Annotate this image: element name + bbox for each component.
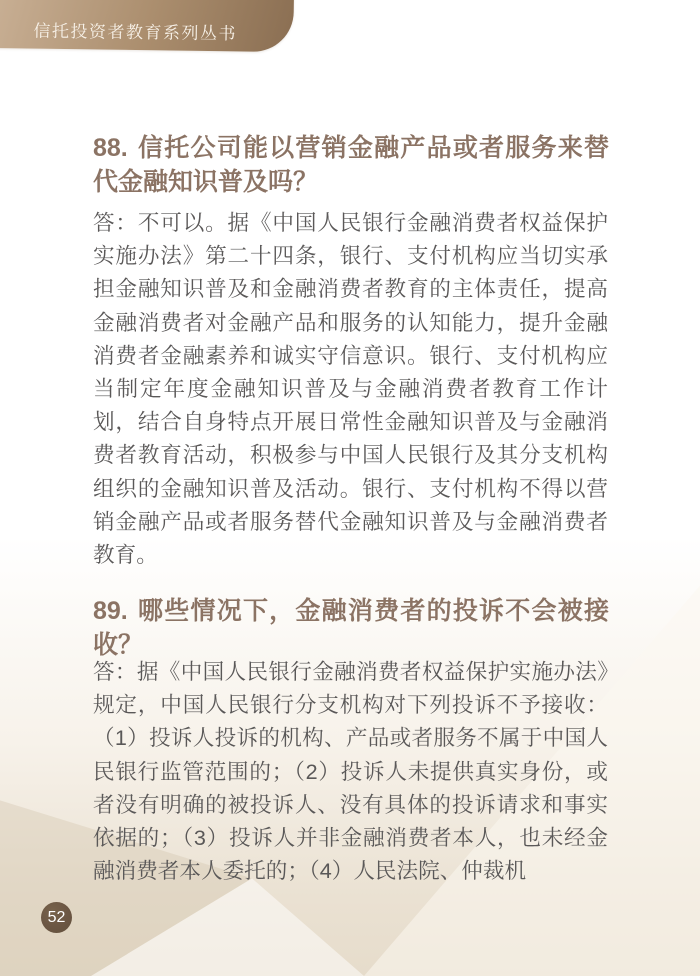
page-number-badge: 52 xyxy=(41,902,72,933)
question-88-heading: 88.信托公司能以营销金融产品或者服务来替代金融知识普及吗？ xyxy=(93,131,609,199)
question-89-number: 89. xyxy=(93,597,128,625)
answer-89-paragraph: 答：据《中国人民银行金融消费者权益保护实施办法》规定，中国人民银行分支机构对下列… xyxy=(93,655,608,887)
question-89-text: 哪些情况下，金融消费者的投诉不会被接收？ xyxy=(93,597,609,659)
series-banner-title: 信托投资者教育系列丛书 xyxy=(0,15,237,43)
question-88-number: 88. xyxy=(93,134,128,162)
answer-88-paragraph: 答：不可以。据《中国人民银行金融消费者权益保护实施办法》第二十四条，银行、支付机… xyxy=(93,206,608,571)
question-89-heading: 89.哪些情况下，金融消费者的投诉不会被接收？ xyxy=(93,594,609,662)
question-88-text: 信托公司能以营销金融产品或者服务来替代金融知识普及吗？ xyxy=(93,134,609,196)
series-banner: 信托投资者教育系列丛书 xyxy=(0,0,294,52)
